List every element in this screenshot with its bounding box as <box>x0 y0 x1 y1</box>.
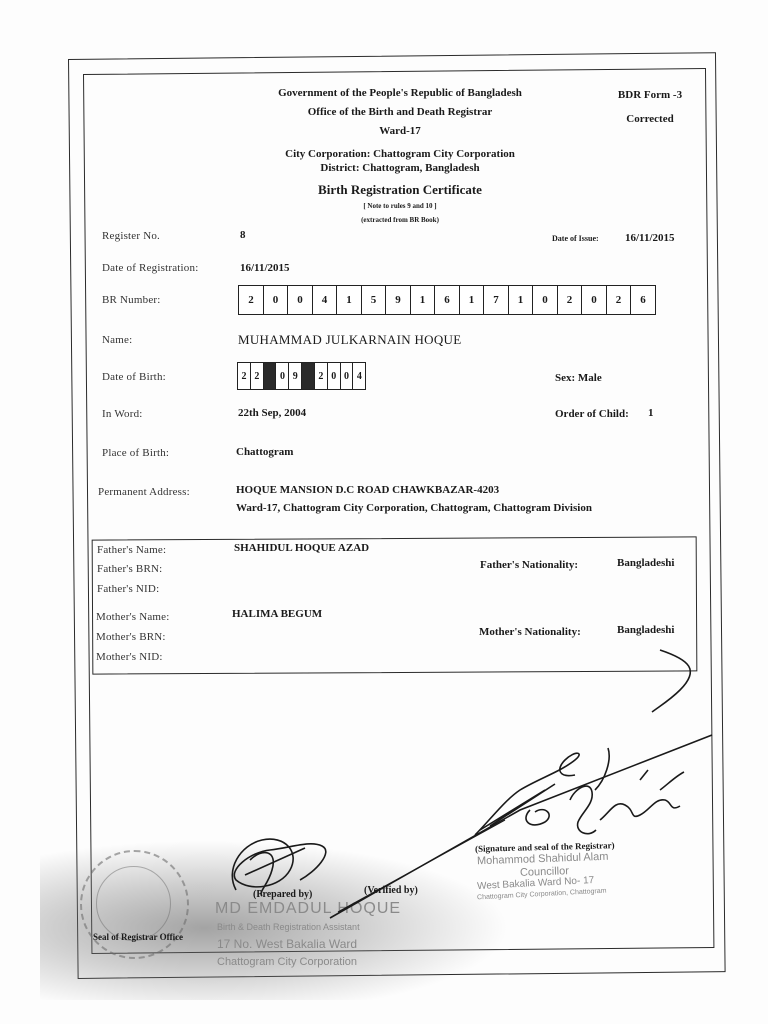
header-government: Government of the People's Republic of B… <box>250 87 550 99</box>
mother-nationality-value: Bangladeshi <box>617 624 674 636</box>
br-number-label: BR Number: <box>102 294 161 306</box>
order-of-child-label: Order of Child: <box>555 408 629 420</box>
in-word-label: In Word: <box>102 408 143 420</box>
br-number-digit: 9 <box>385 285 411 315</box>
father-brn-label: Father's BRN: <box>97 563 162 575</box>
header-office: Office of the Birth and Death Registrar <box>250 106 550 118</box>
preparer-stamp-title: Birth & Death Registration Assistant <box>217 922 360 932</box>
br-number-digit: 0 <box>263 285 289 315</box>
mother-brn-label: Mother's BRN: <box>96 631 166 643</box>
verified-by-label: (Verified by) <box>364 885 418 896</box>
preparer-stamp-ward: 17 No. West Bakalia Ward <box>217 937 357 951</box>
permanent-address-label: Permanent Address: <box>98 486 190 498</box>
seal-label: Seal of Registrar Office <box>93 932 183 942</box>
father-nationality-label: Father's Nationality: <box>480 559 578 571</box>
header-district: District: Chattogram, Bangladesh <box>250 162 550 174</box>
preparer-stamp-name: MD EMDADUL HOQUE <box>215 900 401 918</box>
br-number-digit: 0 <box>581 285 607 315</box>
mother-nid-label: Mother's NID: <box>96 651 163 663</box>
br-number-digit: 0 <box>287 285 313 315</box>
sex-value: Sex: Male <box>555 372 602 384</box>
order-of-child-value: 1 <box>648 407 654 419</box>
father-name-value: SHAHIDUL HOQUE AZAD <box>234 542 369 554</box>
header-city-corporation: City Corporation: Chattogram City Corpor… <box>250 148 550 160</box>
br-number-boxes: 20041591617102026 <box>238 285 656 315</box>
br-number-digit: 1 <box>459 285 485 315</box>
br-number-digit: 5 <box>361 285 387 315</box>
br-number-digit: 4 <box>312 285 338 315</box>
date-of-birth-label: Date of Birth: <box>102 371 166 383</box>
header-extracted: (extracted from BR Book) <box>250 216 550 224</box>
date-of-issue-value: 16/11/2015 <box>625 232 675 244</box>
preparer-stamp-org: Chattogram City Corporation <box>217 956 357 968</box>
permanent-address-line2: Ward-17, Chattogram City Corporation, Ch… <box>236 502 592 514</box>
date-of-birth-boxes: 22092004 <box>237 362 366 390</box>
header-note: [ Note to rules 9 and 10 ] <box>250 202 550 210</box>
form-status: Corrected <box>610 113 690 125</box>
father-nationality-value: Bangladeshi <box>617 557 674 569</box>
certificate-page: Government of the People's Republic of B… <box>0 0 768 1024</box>
br-number-digit: 0 <box>532 285 558 315</box>
date-of-registration-value: 16/11/2015 <box>240 262 290 274</box>
parents-section <box>92 536 698 674</box>
br-number-digit: 7 <box>483 285 509 315</box>
date-of-registration-label: Date of Registration: <box>102 262 198 274</box>
certificate-title: Birth Registration Certificate <box>250 182 550 198</box>
place-of-birth-value: Chattogram <box>236 446 293 458</box>
name-value: MUHAMMAD JULKARNAIN HOQUE <box>238 332 461 348</box>
register-no-label: Register No. <box>102 230 160 242</box>
registrar-seal-stamp <box>80 850 189 959</box>
name-label: Name: <box>102 334 132 346</box>
register-no-value: 8 <box>240 229 246 241</box>
father-nid-label: Father's NID: <box>97 583 159 595</box>
br-number-digit: 1 <box>508 285 534 315</box>
br-number-digit: 6 <box>434 285 460 315</box>
br-number-digit: 6 <box>630 285 656 315</box>
date-of-birth-digit: 4 <box>352 362 366 390</box>
br-number-digit: 1 <box>336 285 362 315</box>
mother-nationality-label: Mother's Nationality: <box>479 626 581 638</box>
prepared-by-label: (Prepared by) <box>253 889 312 900</box>
mother-name-label: Mother's Name: <box>96 611 170 623</box>
form-code: BDR Form -3 <box>610 89 690 101</box>
mother-name-value: HALIMA BEGUM <box>232 608 322 620</box>
br-number-digit: 1 <box>410 285 436 315</box>
br-number-digit: 2 <box>557 285 583 315</box>
place-of-birth-label: Place of Birth: <box>102 447 169 459</box>
in-word-value: 22th Sep, 2004 <box>238 407 306 419</box>
father-name-label: Father's Name: <box>97 544 166 556</box>
permanent-address-line1: HOQUE MANSION D.C ROAD CHAWKBAZAR-4203 <box>236 484 499 496</box>
br-number-digit: 2 <box>238 285 264 315</box>
date-of-issue-label: Date of Issue: <box>552 234 599 243</box>
header-ward: Ward-17 <box>250 125 550 137</box>
br-number-digit: 2 <box>606 285 632 315</box>
